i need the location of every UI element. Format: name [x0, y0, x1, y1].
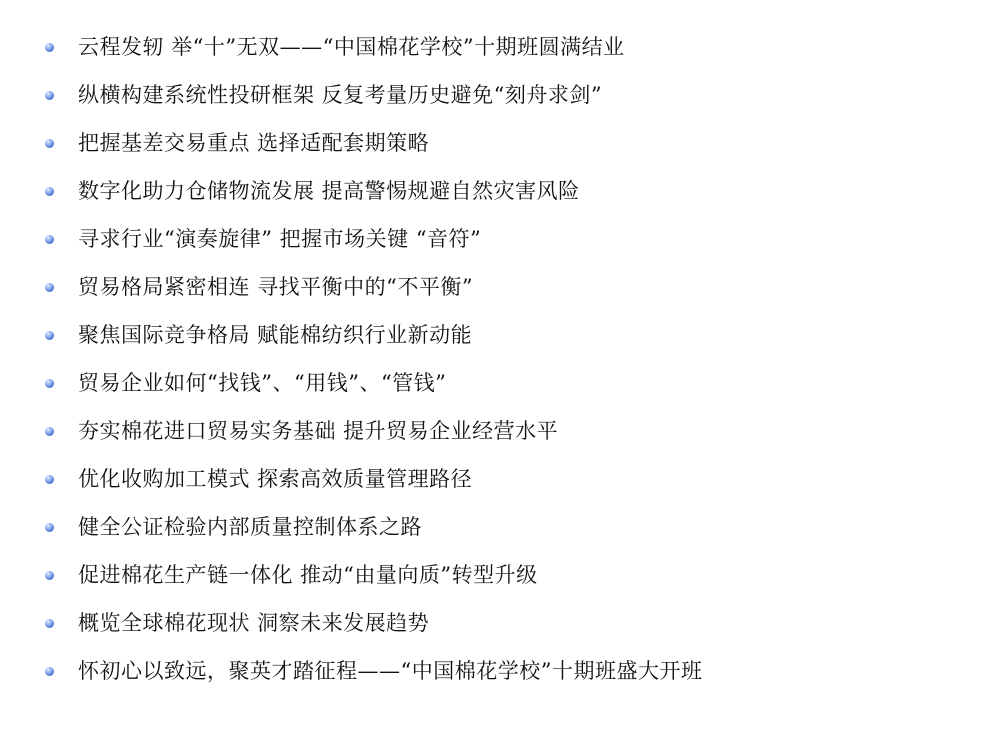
list-item-label[interactable]: 促进棉花生产链一体化 推动“由量向质”转型升级 [78, 565, 538, 586]
bullet-icon [45, 235, 54, 244]
bullet-icon [45, 523, 54, 532]
bullet-icon [45, 571, 54, 580]
list-item-label[interactable]: 纵横构建系统性投研框架 反复考量历史避免“刻舟求剑” [78, 85, 602, 106]
list-item-label[interactable]: 把握基差交易重点 选择适配套期策略 [78, 133, 429, 154]
list-item-label[interactable]: 夯实棉花进口贸易实务基础 提升贸易企业经营水平 [78, 421, 558, 442]
list-item-label[interactable]: 聚焦国际竞争格局 赋能棉纺织行业新动能 [78, 325, 472, 346]
list-item-label[interactable]: 贸易企业如何“找钱”、“用钱”、“管钱” [78, 373, 446, 394]
bullet-icon [45, 187, 54, 196]
bullet-icon [45, 139, 54, 148]
list-item-label[interactable]: 怀初心以致远，聚英才踏征程——“中国棉花学校”十期班盛大开班 [78, 661, 702, 682]
bullet-icon [45, 43, 54, 52]
list-item-label[interactable]: 数字化助力仓储物流发展 提高警惕规避自然灾害风险 [78, 181, 580, 202]
bullet-icon [45, 667, 54, 676]
bullet-icon [45, 331, 54, 340]
list-item-label[interactable]: 云程发轫 举“十”无双——“中国棉花学校”十期班圆满结业 [78, 37, 625, 58]
list-item-label[interactable]: 贸易格局紧密相连 寻找平衡中的“不平衡” [78, 277, 473, 298]
bullet-icon [45, 379, 54, 388]
list-item-label[interactable]: 寻求行业“演奏旋律” 把握市场关键 “音符” [78, 229, 481, 250]
bullet-icon [45, 91, 54, 100]
list-item-label[interactable]: 概览全球棉花现状 洞察未来发展趋势 [78, 613, 429, 634]
list-item-label[interactable]: 优化收购加工模式 探索高效质量管理路径 [78, 469, 472, 490]
bullet-icon [45, 427, 54, 436]
bullet-icon [45, 619, 54, 628]
bullet-icon [45, 475, 54, 484]
bullet-icon [45, 283, 54, 292]
list-item-label[interactable]: 健全公证检验内部质量控制体系之路 [78, 517, 422, 538]
